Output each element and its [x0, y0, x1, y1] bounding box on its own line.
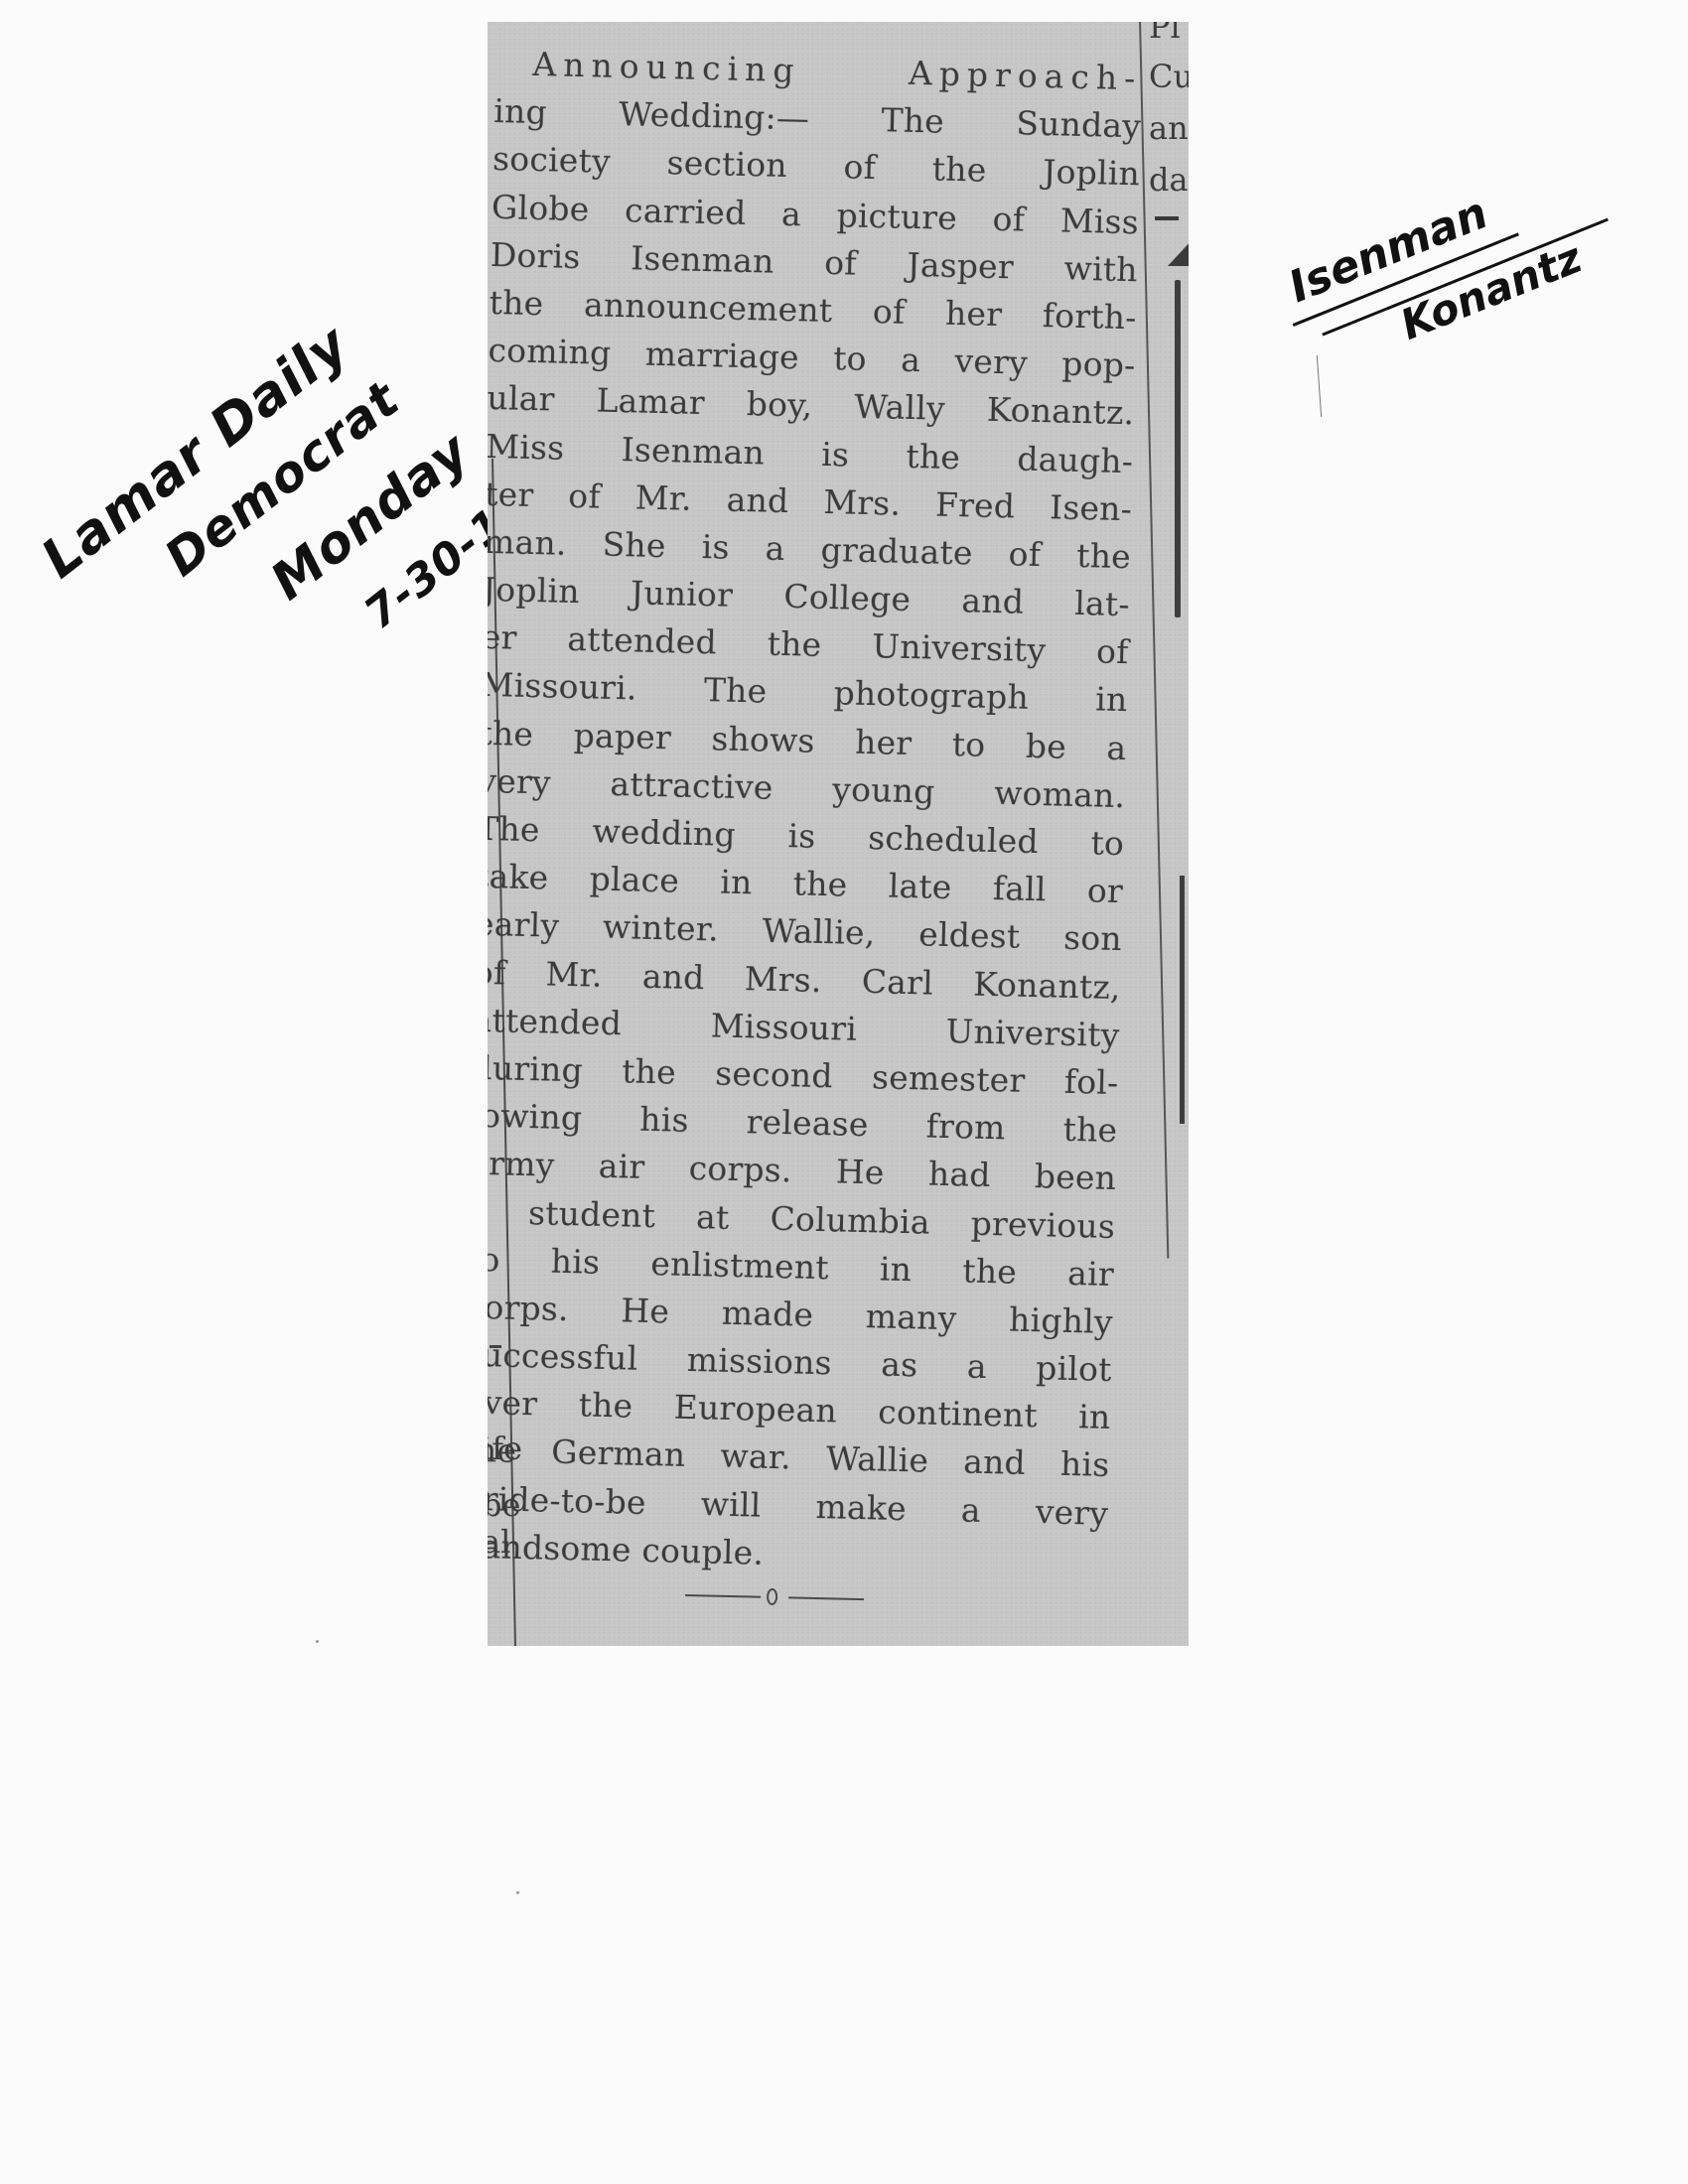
newspaper-clipping: Pl Cu an da ife be al Announcing Approac… [488, 22, 1189, 1646]
column-bold-rule [1175, 280, 1181, 617]
column-bold-rule [1180, 876, 1185, 1124]
printed-wedge-mark [1168, 238, 1189, 266]
scan-speck [316, 1640, 319, 1643]
adjacent-column-fragment: da [1149, 161, 1189, 199]
ornament-circle [767, 1588, 777, 1605]
ornament-rule [788, 1596, 864, 1600]
end-ornament [685, 1583, 865, 1611]
adjacent-column-fragment: an [1149, 109, 1189, 147]
scan-speck [516, 1891, 519, 1894]
article-column: Announcing Approach- ing Wedding:— The S… [488, 40, 1143, 1617]
column-rule-right [1139, 22, 1169, 1259]
adjacent-column-fragment: Cu [1149, 58, 1189, 95]
stray-pen-mark [1317, 355, 1322, 417]
column-dash-mark [1155, 216, 1179, 220]
ornament-rule [685, 1594, 761, 1598]
adjacent-column-fragment: Pl [1149, 22, 1181, 46]
